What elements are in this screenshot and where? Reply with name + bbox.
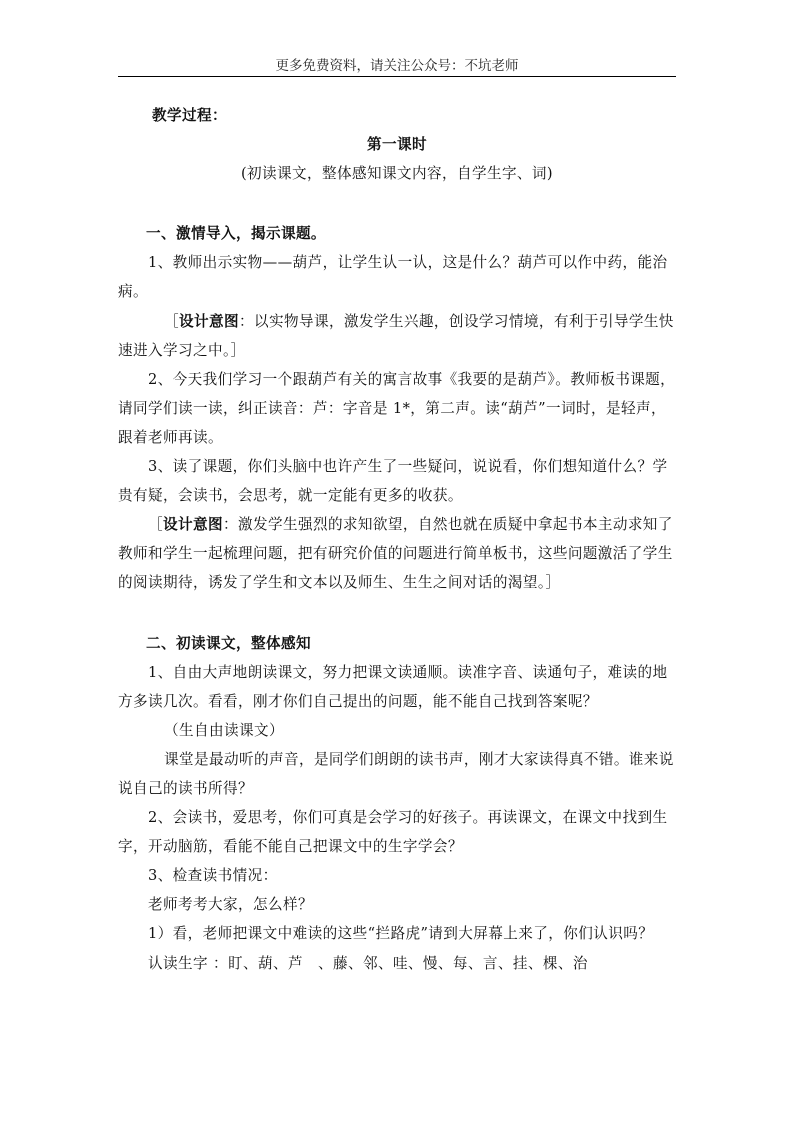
paragraph: 1）看，老师把课文中难读的这些“拦路虎”请到大屏幕上来了，你们认识吗？ [118,919,676,948]
spacer [118,188,676,219]
bracket-open: ［ [164,313,179,330]
section-heading-1: 一、激情导入，揭示课题。 [118,219,676,248]
paragraph: 1、自由大声地朗读课文，努力把课文读通顺。读准字音、读通句子，难读的地方多读几次… [118,658,676,716]
paragraph: 3、读了课题，你们头脑中也许产生了一些疑问，说说看，你们想知道什么？学贵有疑，会… [118,452,676,510]
paragraph: （生自由读课文） [118,716,676,745]
process-title: 教学过程： [118,101,676,130]
section-heading-2: 二、初读课文，整体感知 [118,629,676,658]
design-intent-label: 设计意图 [179,313,239,330]
document-body: 教学过程： 第一课时 (初读课文，整体感知课文内容，自学生字、词) 一、激情导入… [118,101,676,978]
design-intent-note: ［设计意图：以实物导课，激发学生兴趣，创设学习情境，有利于引导学生快速进入学习之… [118,307,676,365]
paragraph: 2、今天我们学习一个跟葫芦有关的寓言故事《我要的是葫芦》。教师板书课题，请同学们… [118,365,676,452]
paragraph: 课堂是最动听的声音，是同学们朗朗的读书声，刚才大家读得真不错。谁来说说自己的读书… [118,745,676,803]
bracket-open: ［ [148,516,163,533]
page-header: 更多免费资料，请关注公众号：不坑老师 [118,56,676,76]
new-characters-list: 认读生字 ：盯、葫、芦 、藤、邻、哇、慢、每、言、挂、棵、治 [118,949,676,978]
design-intent-note: ［设计意图：激发学生强烈的求知欲望，自然也就在质疑中拿起书本主动求知了教师和学生… [118,510,676,597]
paragraph: 1、教师出示实物——葫芦，让学生认一认，这是什么？葫芦可以作中药，能治病。 [118,248,676,306]
paragraph: 2、会读书，爱思考，你们可真是会学习的好孩子。再读课文，在课文中找到生字，开动脑… [118,803,676,861]
paragraph: 3、检查读书情况： [118,861,676,890]
spacer [118,598,676,629]
lesson-subtitle: (初读课文，整体感知课文内容，自学生字、词) [118,159,676,188]
design-intent-label: 设计意图 [163,516,223,533]
header-rule [118,76,676,77]
paragraph: 老师考考大家，怎么样？ [118,890,676,919]
lesson-title: 第一课时 [118,130,676,159]
